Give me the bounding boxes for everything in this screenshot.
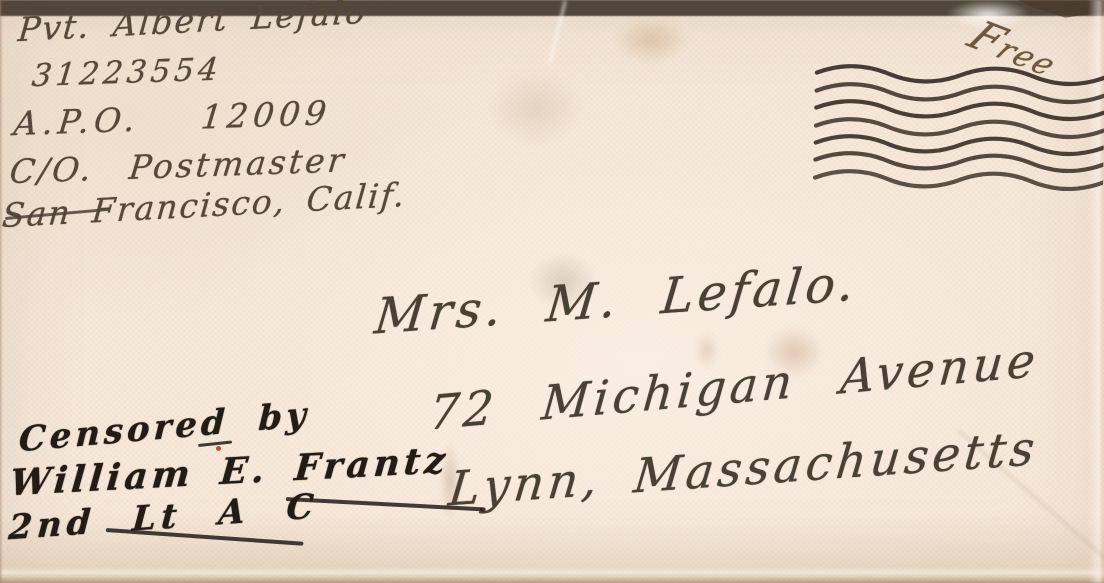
stain: [488, 70, 584, 146]
recipient-city-state: Lynn, Massachusetts: [446, 421, 1041, 518]
postmark-cancellation-lines: [807, 57, 1104, 196]
envelope-scan: Pvt. Albert Lefalo 31223554 A.P.O. 12009…: [0, 0, 1104, 583]
return-address-apo: A.P.O. 12009: [12, 93, 333, 143]
envelope-bottom-edge-shadow: [0, 577, 1104, 583]
stain: [612, 16, 690, 64]
bottom-crease: [0, 567, 1104, 577]
return-address-line-1: Pvt. Albert Lefalo: [17, 0, 369, 49]
recipient-street: 72 Michigan Avenue: [427, 333, 1041, 442]
return-address-service-number: 31223554: [30, 51, 223, 94]
envelope-left-edge-shadow: [0, 0, 3, 583]
